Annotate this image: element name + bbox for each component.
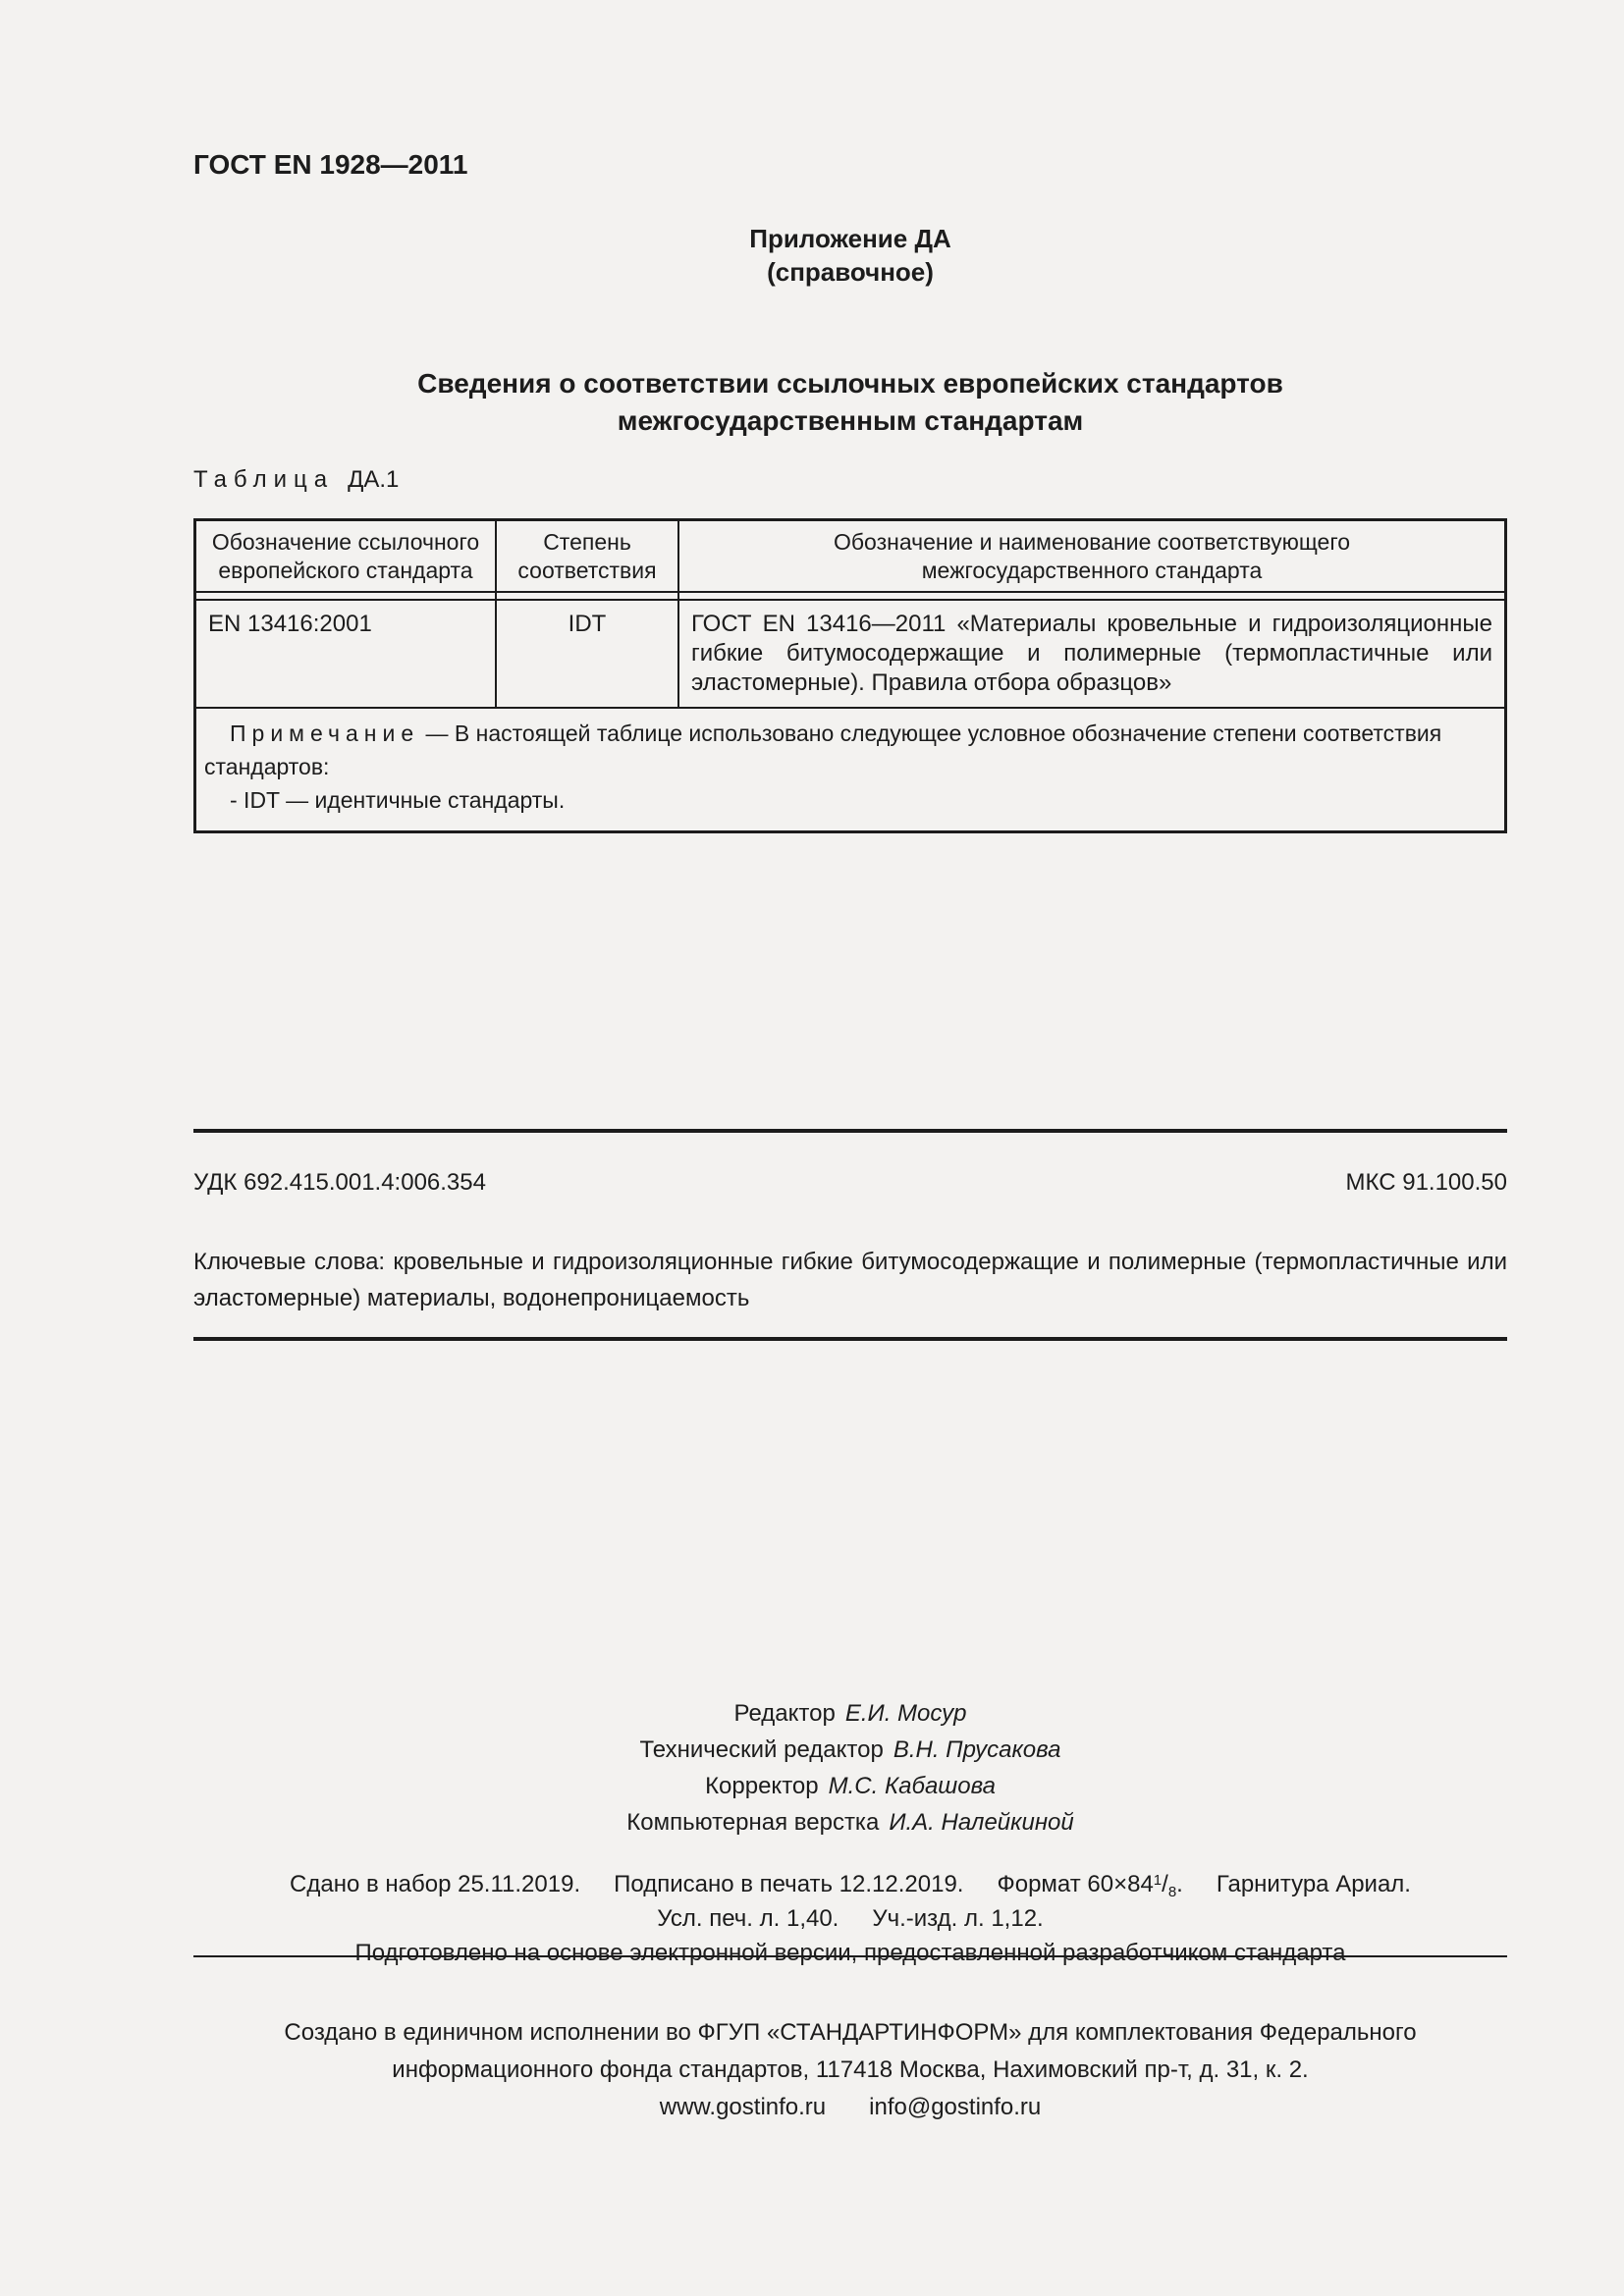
imprint-set-date: Сдано в набор 25.11.2019. — [290, 1867, 580, 1901]
page-title-line1: Сведения о соответствии ссылочных европе… — [193, 365, 1507, 402]
imprint-typeface: Гарнитура Ариал. — [1217, 1867, 1411, 1901]
credit-layout: Компьютерная версткаИ.А. Налейкиной — [193, 1804, 1507, 1841]
table-note-label: Примечание — [230, 721, 419, 746]
cell-ref-standard: EN 13416:2001 — [196, 601, 497, 707]
table-header-ref-standard: Обозначение ссылочного европейского стан… — [196, 521, 497, 591]
table-caption-number: ДА.1 — [348, 466, 399, 493]
imprint-line2: Усл. печ. л. 1,40.Уч.-изд. л. 1,12. — [193, 1901, 1507, 1936]
table-caption: ТаблицаДА.1 — [193, 465, 399, 495]
imprint-cond-sheets: Усл. печ. л. 1,40. — [657, 1901, 839, 1936]
udk-code: УДК 692.415.001.4:006.354 — [193, 1168, 486, 1198]
imprint-acct-sheets: Уч.-изд. л. 1,12. — [872, 1901, 1043, 1936]
imprint-prepared-note: Подготовлено на основе электронной верси… — [193, 1936, 1507, 1970]
publisher-block: Создано в единичном исполнении во ФГУП «… — [193, 2014, 1507, 2126]
keywords-paragraph: Ключевые слова: кровельные и гидроизоляц… — [193, 1244, 1507, 1316]
annex-subheading: (справочное) — [193, 255, 1507, 289]
page-title-line2: межгосударственным стандартам — [193, 402, 1507, 440]
classification-row: УДК 692.415.001.4:006.354 МКС 91.100.50 — [193, 1168, 1507, 1198]
cell-degree: IDT — [497, 601, 679, 707]
table-header-row: Обозначение ссылочного европейского стан… — [196, 521, 1504, 593]
table-header-double-rule — [196, 593, 1504, 601]
document-page: ГОСТ EN 1928—2011 Приложение ДА (справоч… — [0, 0, 1624, 2296]
credit-proofreader: КорректорМ.С. Кабашова — [193, 1768, 1507, 1804]
table-row: EN 13416:2001 IDT ГОСТ EN 13416—2011 «Ма… — [196, 601, 1504, 709]
table-caption-word: Таблица — [193, 466, 334, 493]
annex-heading: Приложение ДА — [193, 222, 1507, 255]
table-header-interstate: Обозначение и наименование соответствующ… — [679, 521, 1504, 591]
divider-rule-top — [193, 1129, 1507, 1133]
divider-rule-keywords — [193, 1337, 1507, 1341]
table-header-degree: Степень соответствия — [497, 521, 679, 591]
credit-technical-editor: Технический редакторВ.Н. Прусакова — [193, 1732, 1507, 1768]
publisher-contacts: www.gostinfo.ruinfo@gostinfo.ru — [193, 2089, 1507, 2126]
table-note-item: - IDT — идентичные стандарты. — [204, 783, 1492, 817]
page-title: Сведения о соответствии ссылочных европе… — [193, 365, 1507, 440]
publisher-email: info@gostinfo.ru — [869, 2089, 1041, 2126]
imprint-print-date: Подписано в печать 12.12.2019. — [614, 1867, 963, 1901]
cell-interstate-standard: ГОСТ EN 13416—2011 «Материалы кровельные… — [679, 601, 1504, 707]
table-note: Примечание — В настоящей таблице использ… — [196, 709, 1504, 830]
imprint-format: Формат 60×841/8. — [997, 1867, 1182, 1901]
reference-table: Обозначение ссылочного европейского стан… — [193, 518, 1507, 833]
publisher-line2: информационного фонда стандартов, 117418… — [193, 2052, 1507, 2089]
imprint-line1: Сдано в набор 25.11.2019.Подписано в печ… — [193, 1867, 1507, 1901]
credit-editor: РедакторЕ.И. Мосур — [193, 1695, 1507, 1732]
credits-block: РедакторЕ.И. Мосур Технический редакторВ… — [193, 1695, 1507, 1841]
divider-rule-bottom — [193, 1955, 1507, 1957]
doc-number: ГОСТ EN 1928—2011 — [193, 147, 467, 183]
table-note-text: Примечание — В настоящей таблице использ… — [204, 717, 1492, 783]
annex-heading-block: Приложение ДА (справочное) — [193, 222, 1507, 289]
mks-code: МКС 91.100.50 — [1346, 1168, 1507, 1198]
publisher-line1: Создано в единичном исполнении во ФГУП «… — [193, 2014, 1507, 2052]
publisher-website: www.gostinfo.ru — [660, 2089, 826, 2126]
